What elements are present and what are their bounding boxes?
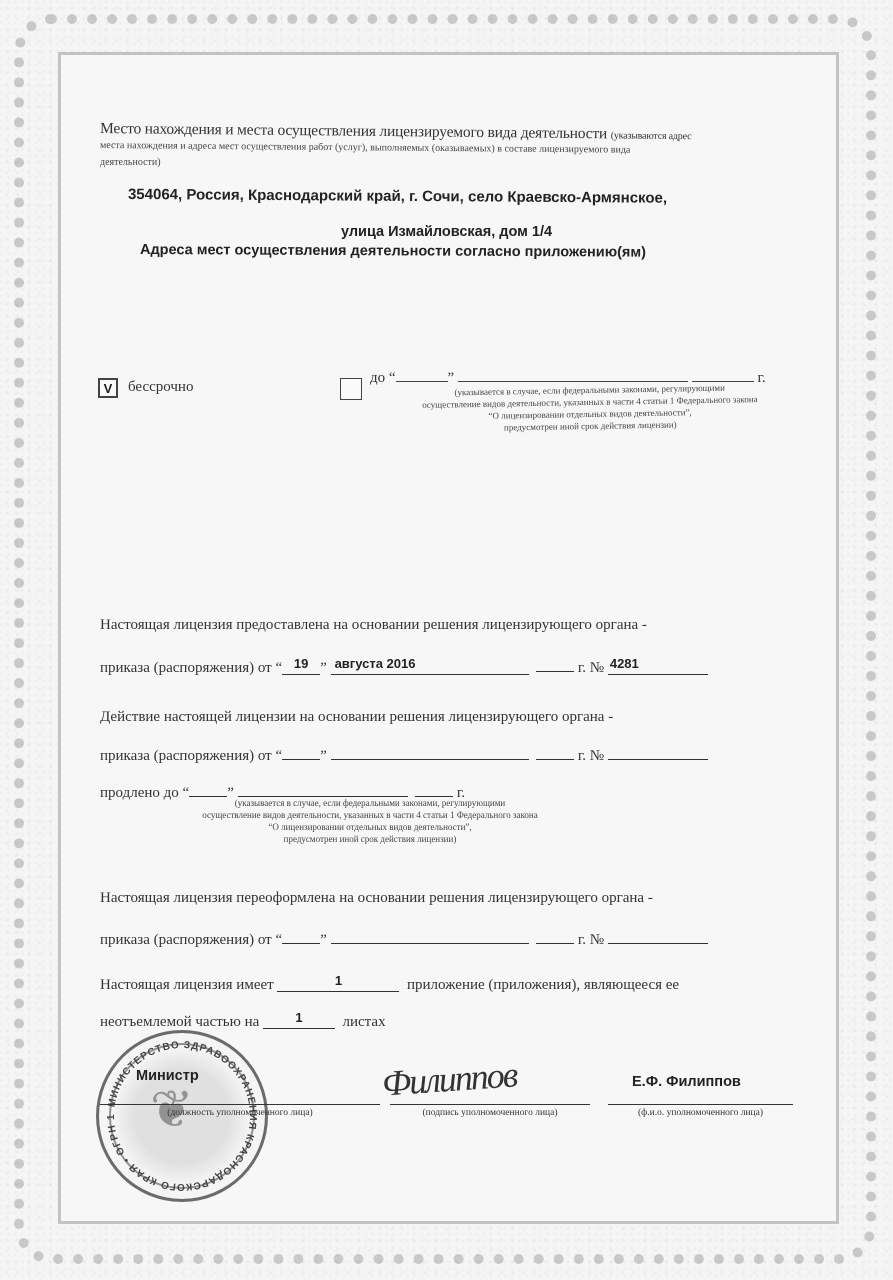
appendix-sheets-prefix: неотъемлемой частью на: [100, 1014, 259, 1030]
address-line-2: улица Измайловская, дом 1/4: [0, 224, 893, 240]
name-line: [608, 1104, 793, 1105]
extended-order-row: приказа (распоряжения) от “” г. №: [100, 745, 708, 765]
position-caption: (должность уполномоченного лица): [100, 1108, 380, 1118]
reissued-order-row: приказа (распоряжения) от “” г. №: [100, 929, 708, 949]
reissued-year-field[interactable]: [536, 929, 574, 944]
extended-footnote-line: предусмотрен иной срок действия лицензии…: [150, 833, 590, 845]
unlimited-checkbox[interactable]: V: [98, 378, 118, 398]
granted-month-field[interactable]: августа 2016: [331, 660, 529, 675]
granted-number-field[interactable]: 4281: [608, 660, 708, 675]
extended-until-month-field[interactable]: [238, 782, 408, 797]
appendix-middle: приложение (приложения), являющееся ее: [407, 977, 679, 993]
appendix-prefix: Настоящая лицензия имеет: [100, 977, 274, 993]
reissued-day-field[interactable]: [282, 929, 320, 944]
granted-number-label: г. №: [578, 660, 604, 676]
extended-footnote-line: (указывается в случае, если федеральными…: [150, 797, 590, 809]
signature-caption: (подпись уполномоченного лица): [390, 1108, 590, 1118]
location-heading-note-line3: деятельности): [100, 157, 161, 168]
granted-number-value: 4281: [610, 656, 639, 671]
until-month-field[interactable]: [458, 368, 688, 382]
reissued-month-field[interactable]: [331, 929, 529, 944]
appendix-sheets-field[interactable]: 1: [263, 1014, 335, 1029]
extended-quote: ”: [320, 748, 327, 764]
signer-name: Е.Ф. Филиппов: [632, 1074, 741, 1090]
appendix-sheets-row: неотъемлемой частью на 1 листах: [100, 1014, 386, 1031]
until-footnote: (указывается в случае, если федеральными…: [370, 380, 811, 436]
extended-until-day-field[interactable]: [189, 782, 227, 797]
reissued-basis-text: Настоящая лицензия переоформлена на осно…: [100, 890, 653, 907]
reissued-number-field[interactable]: [608, 929, 708, 944]
location-heading-note: (указываются адрес: [611, 130, 692, 142]
until-date-checkbox[interactable]: [340, 378, 362, 400]
name-caption: (ф.и.о. уполномоченного лица): [608, 1108, 793, 1118]
checkmark-icon: V: [104, 381, 113, 396]
granted-quote: ”: [320, 660, 327, 676]
until-prefix: до “: [370, 370, 396, 386]
granted-day-field[interactable]: 19: [282, 660, 320, 675]
position-line: [100, 1104, 380, 1105]
extended-order-label: приказа (распоряжения) от “: [100, 748, 282, 764]
granted-order-label: приказа (распоряжения) от “: [100, 660, 282, 676]
until-year-field[interactable]: [692, 368, 754, 382]
until-quote: ”: [448, 370, 455, 386]
reissued-quote: ”: [320, 932, 327, 948]
appendix-count-field[interactable]: 1: [277, 977, 399, 992]
granted-year-field[interactable]: [536, 657, 574, 672]
appendix-sheets-value: 1: [295, 1010, 302, 1025]
granted-day-value: 19: [294, 656, 308, 671]
granted-basis-text: Настоящая лицензия предоставлена на осно…: [100, 617, 647, 634]
granted-order-row: приказа (распоряжения) от “19” августа 2…: [100, 657, 708, 677]
granted-month-value: августа 2016: [335, 656, 416, 671]
extended-footnote-line: осуществление видов деятельности, указан…: [150, 809, 590, 821]
signature-line: [390, 1104, 590, 1105]
extended-day-field[interactable]: [282, 745, 320, 760]
extended-number-field[interactable]: [608, 745, 708, 760]
unlimited-label: бессрочно: [128, 379, 193, 396]
extended-footnote: (указывается в случае, если федеральными…: [150, 797, 590, 845]
reissued-order-label: приказа (распоряжения) от “: [100, 932, 282, 948]
extended-until-year-field[interactable]: [415, 782, 453, 797]
appendix-count-row: Настоящая лицензия имеет 1 приложение (п…: [100, 977, 679, 994]
reissued-number-label: г. №: [578, 932, 604, 948]
appendix-count-value: 1: [335, 973, 342, 988]
signer-position: Министр: [136, 1068, 199, 1084]
extended-month-field[interactable]: [331, 745, 529, 760]
appendix-sheets-suffix: листах: [343, 1014, 386, 1030]
extended-basis-text: Действие настоящей лицензии на основании…: [100, 709, 613, 726]
extended-number-label: г. №: [578, 748, 604, 764]
until-day-field[interactable]: [396, 368, 448, 382]
address-appendix-note: Адреса мест осуществления деятельности с…: [140, 242, 646, 261]
extended-footnote-line: “О лицензировании отдельных видов деятел…: [150, 821, 590, 833]
extended-year-field[interactable]: [536, 745, 574, 760]
